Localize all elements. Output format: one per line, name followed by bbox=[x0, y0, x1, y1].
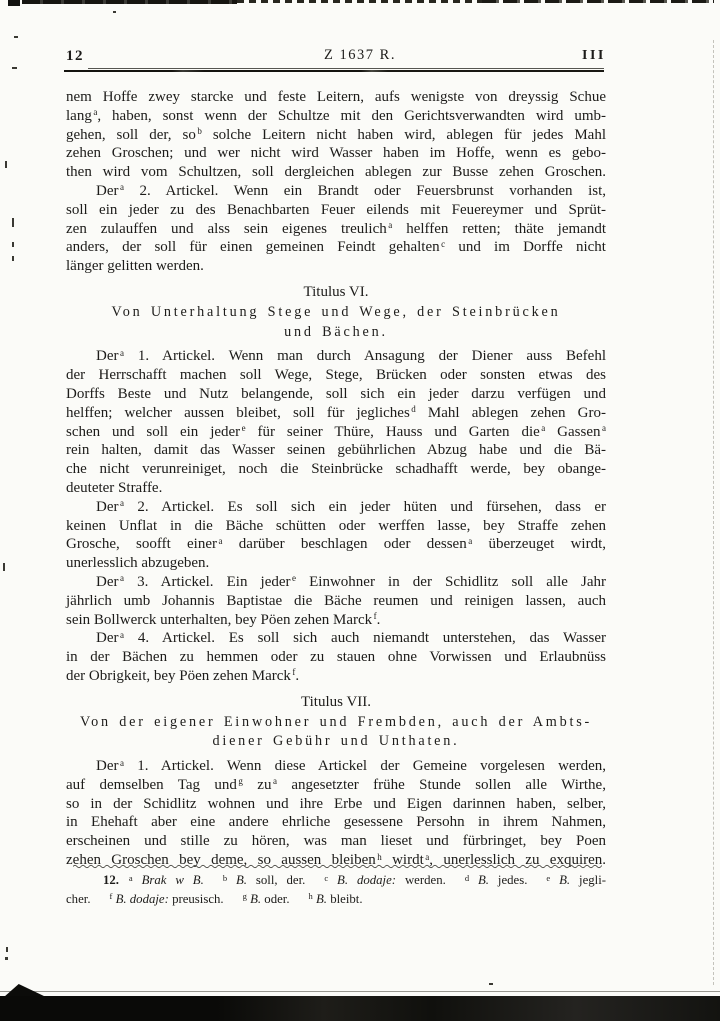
text-line: so in der Schidlitz wohnen und ihre Erbe… bbox=[66, 795, 606, 814]
footnote-marker: e bbox=[546, 873, 550, 883]
text-line: Dera 4. Artickel. Es soll sich auch niem… bbox=[66, 629, 606, 648]
text-line: che nicht verunreiniget, noch die Steinb… bbox=[66, 460, 606, 479]
footnote-marker: e bbox=[292, 573, 296, 583]
text-line: Dera 2. Artickel. Es soll sich ein jeder… bbox=[66, 498, 606, 517]
text-line: Dorffs Beste und Nutz belangende, soll s… bbox=[66, 385, 606, 404]
text-line: länger gelitten werden. bbox=[66, 257, 606, 276]
running-header: Z 1637 R. bbox=[90, 47, 630, 64]
text-run: B. dodaje: bbox=[337, 873, 396, 887]
text-run: der Obrigkeit, bey Pöen zehen Marck bbox=[66, 668, 291, 684]
text-run: B. bbox=[236, 873, 247, 887]
footnote-marker: f bbox=[292, 667, 295, 677]
page-number: III bbox=[582, 48, 606, 64]
scan-speck bbox=[489, 983, 493, 985]
text-run: und im Dorffe nicht bbox=[445, 239, 606, 255]
text-run: jegli- bbox=[570, 873, 606, 887]
text-line: schen und soll ein jedere für seiner Thü… bbox=[66, 423, 606, 442]
text-line: deuteter Straffe. bbox=[66, 479, 606, 498]
text-line: soll ein jeder zu des Benachbarten Feuer… bbox=[66, 201, 606, 220]
text-run: cher. bbox=[66, 892, 91, 906]
section-heading: Titulus VI. bbox=[66, 283, 606, 302]
text-run: Der bbox=[96, 183, 119, 199]
text-run: darüber beschlagen oder dessen bbox=[223, 536, 467, 552]
scan-speck bbox=[12, 218, 14, 227]
footnote-marker: a bbox=[120, 182, 124, 192]
text-run: B. bbox=[316, 892, 327, 906]
footnote-marker: a bbox=[93, 107, 97, 117]
footnote-marker: h bbox=[309, 891, 313, 901]
scan-artifact-top-edge bbox=[8, 0, 20, 6]
text-run: Von der eigener Einwohner und Frembden, … bbox=[80, 714, 592, 730]
text-run: schen und soll ein jeder bbox=[66, 424, 240, 440]
scan-speck bbox=[3, 563, 5, 571]
footnote-marker: a bbox=[602, 423, 606, 433]
text-run: in Ehehaft aber eine andere ehrliche ges… bbox=[66, 814, 606, 830]
text-run: zu bbox=[243, 777, 272, 793]
text-line: helffen; welcher aussen bleibet, soll fü… bbox=[66, 404, 606, 423]
footnote-marker: a bbox=[273, 776, 277, 786]
text-run: Gassen bbox=[545, 424, 600, 440]
text-line: unerlesslich abzugeben. bbox=[66, 554, 606, 573]
text-run: gehen, soll der, so bbox=[66, 127, 196, 143]
scan-artifact-right-edge bbox=[713, 40, 714, 985]
text-run: zen zulauffen und alss sein eigenes treu… bbox=[66, 221, 387, 237]
footnote-marker: g bbox=[238, 776, 243, 786]
section-subheading: Von der eigener Einwohner und Frembden, … bbox=[66, 713, 606, 732]
text-run: angesetzter frühe Stunde sollen alle Wir… bbox=[277, 777, 606, 793]
text-run: und Bächen. bbox=[284, 324, 388, 340]
text-run: then wird vom Schultzen, soll dergleiche… bbox=[66, 164, 606, 180]
text-run: Einwohner in der Schidlitz soll alle Jah… bbox=[296, 574, 606, 590]
footnote-marker: a bbox=[425, 852, 429, 862]
text-run: 3. Artickel. Ein jeder bbox=[124, 574, 291, 590]
wavy-separator bbox=[73, 864, 602, 869]
section-subheading: diener Gebühr und Unthaten. bbox=[66, 732, 606, 751]
scan-speck bbox=[14, 36, 18, 38]
scan-speck bbox=[12, 242, 14, 247]
text-run: Der bbox=[96, 499, 119, 515]
text-run: überzeuget wirdt, bbox=[472, 536, 606, 552]
footnote-lines: 12. a Brak w B.b B. soll, der.c B. dodaj… bbox=[66, 871, 606, 908]
header-rule bbox=[64, 70, 604, 72]
scan-artifact-top-edge bbox=[482, 0, 714, 3]
text-run: helffen; welcher aussen bleibet, soll fü… bbox=[66, 405, 410, 421]
text-run: Titulus VII. bbox=[301, 694, 371, 710]
text-run: soll, der. bbox=[247, 873, 305, 887]
footnote-line: 12. a Brak w B.b B. soll, der.c B. dodaj… bbox=[66, 871, 606, 890]
text-run: B. bbox=[250, 892, 261, 906]
text-line: Dera 1. Artickel. Wenn diese Artickel de… bbox=[66, 757, 606, 776]
text-run: solche Leitern nicht haben wird, ablegen… bbox=[202, 127, 606, 143]
text-run: diener Gebühr und Unthaten. bbox=[212, 733, 459, 749]
footnote-marker: f bbox=[110, 891, 113, 901]
footnote-marker: a bbox=[541, 423, 545, 433]
text-run bbox=[550, 873, 559, 887]
text-line: Dera 2. Artickel. Wenn ein Brandt oder F… bbox=[66, 182, 606, 201]
text-run: . bbox=[377, 612, 381, 628]
text-run: Grosche, soofft einer bbox=[66, 536, 217, 552]
text-run: in der Bächen zu hemmen oder zu stauen o… bbox=[66, 649, 606, 665]
footnotes: 12. a Brak w B.b B. soll, der.c B. dodaj… bbox=[66, 864, 606, 908]
header-rule bbox=[88, 68, 604, 69]
text-run: che nicht verunreiniget, noch die Steinb… bbox=[66, 461, 606, 477]
text-run: soll ein jeder zu des Benachbarten Feuer… bbox=[66, 202, 606, 218]
text-run: 2. Artickel. Wenn ein Brandt oder Feuers… bbox=[124, 183, 606, 199]
text-line: sein Bollwerck unterhalten, bey Pöen zeh… bbox=[66, 611, 606, 630]
footnote-line: cher.f B. dodaje: preusisch.g B. oder.h … bbox=[66, 890, 606, 909]
text-line: nem Hoffe zwey starcke und feste Leitern… bbox=[66, 88, 606, 107]
section-subheading: Von Unterhaltung Stege und Wege, der Ste… bbox=[66, 303, 606, 322]
text-line: in Ehehaft aber eine andere ehrliche ges… bbox=[66, 813, 606, 832]
footnote-marker: d bbox=[411, 404, 416, 414]
text-line: jährlich umb Johannis Baptistae die Bäch… bbox=[66, 592, 606, 611]
footnote-marker: a bbox=[120, 630, 124, 640]
footnote-marker: b bbox=[197, 126, 202, 136]
text-run: sein Bollwerck unterhalten, bey Pöen zeh… bbox=[66, 612, 372, 628]
footnote-marker: a bbox=[129, 873, 133, 883]
text-run: nem Hoffe zwey starcke und feste Leitern… bbox=[66, 89, 606, 105]
text-run: B. bbox=[559, 873, 570, 887]
text-run bbox=[469, 873, 478, 887]
text-run: anders, der soll für einen gemeinen Fein… bbox=[66, 239, 440, 255]
scan-artifact-bottom-edge bbox=[0, 996, 720, 1021]
text-line: anders, der soll für einen gemeinen Fein… bbox=[66, 238, 606, 257]
text-run: jährlich umb Johannis Baptistae die Bäch… bbox=[66, 593, 606, 609]
text-line: in der Bächen zu hemmen oder zu stauen o… bbox=[66, 648, 606, 667]
footnote-marker: f bbox=[374, 611, 377, 621]
text-line: rein halten, damit das Wasser seinen geb… bbox=[66, 441, 606, 460]
text-run: helffen retten; thäte jemandt bbox=[392, 221, 606, 237]
scan-artifact-top-edge bbox=[22, 0, 237, 4]
text-run: Der bbox=[96, 574, 119, 590]
text-run: für seiner Thüre, Hauss und Garten die bbox=[246, 424, 540, 440]
text-run: B. dodaje: bbox=[116, 892, 169, 906]
footnote-marker: a bbox=[120, 348, 124, 358]
page-text: nem Hoffe zwey starcke und feste Leitern… bbox=[66, 88, 606, 870]
text-run: keinen Unflat in die Bäche schütten oder… bbox=[66, 518, 606, 534]
text-run bbox=[119, 873, 128, 887]
sheet-number: 12 bbox=[66, 48, 84, 65]
text-run: Von Unterhaltung Stege und Wege, der Ste… bbox=[112, 304, 561, 320]
text-run: Dorffs Beste und Nutz belangende, soll s… bbox=[66, 386, 606, 402]
text-run: preusisch. bbox=[169, 892, 224, 906]
footnote-marker: a bbox=[468, 536, 472, 546]
text-run: länger gelitten werden. bbox=[66, 258, 204, 274]
section-subheading: und Bächen. bbox=[66, 323, 606, 342]
scan-speck bbox=[5, 161, 7, 168]
text-run: Brak w B. bbox=[142, 873, 204, 887]
text-line: der Herrschafft machen soll Wege, Stege,… bbox=[66, 366, 606, 385]
footnote-marker: c bbox=[324, 873, 328, 883]
footnote-marker: d bbox=[465, 873, 469, 883]
text-run bbox=[227, 873, 236, 887]
text-run: so in der Schidlitz wohnen und ihre Erbe… bbox=[66, 796, 606, 812]
text-run bbox=[133, 873, 142, 887]
text-run: der Herrschafft machen soll Wege, Stege,… bbox=[66, 367, 606, 383]
text-line: langa, haben, sonst wenn der Schultze mi… bbox=[66, 107, 606, 126]
footnote-marker: e bbox=[242, 423, 246, 433]
text-run: erscheinen und stille zu hören, was man … bbox=[66, 833, 606, 849]
scan-speck bbox=[12, 67, 17, 69]
text-line: erscheinen und stille zu hören, was man … bbox=[66, 832, 606, 851]
text-line: zen zulauffen und alss sein eigenes treu… bbox=[66, 220, 606, 239]
footnote-marker: h bbox=[377, 852, 382, 862]
text-run: 12. bbox=[103, 873, 119, 887]
text-run: unerlesslich abzugeben. bbox=[66, 555, 209, 571]
scan-speck bbox=[5, 957, 8, 960]
text-run: Der bbox=[96, 758, 119, 774]
text-run: . bbox=[295, 668, 299, 684]
text-run: oder. bbox=[261, 892, 289, 906]
text-line: auf demselben Tag undg zua angesetzter f… bbox=[66, 776, 606, 795]
footnote-marker: a bbox=[219, 536, 223, 546]
text-run bbox=[328, 873, 337, 887]
text-run: werden. bbox=[396, 873, 446, 887]
footnote-marker: a bbox=[120, 758, 124, 768]
text-run: 1. Artickel. Wenn man durch Ansagung der… bbox=[124, 348, 606, 364]
text-run: lang bbox=[66, 108, 92, 124]
footnote-marker: c bbox=[441, 239, 445, 249]
text-line: der Obrigkeit, bey Pöen zehen Marckf. bbox=[66, 667, 606, 686]
footnote-marker: b bbox=[223, 873, 227, 883]
text-run: 2. Artickel. Es soll sich ein jeder hüte… bbox=[124, 499, 606, 515]
text-run: auf demselben Tag und bbox=[66, 777, 237, 793]
text-run: 4. Artickel. Es soll sich auch niemandt … bbox=[124, 630, 606, 646]
text-run: Der bbox=[96, 630, 119, 646]
footnote-marker: a bbox=[120, 573, 124, 583]
text-line: Dera 3. Artickel. Ein jedere Einwohner i… bbox=[66, 573, 606, 592]
text-run: jedes. bbox=[489, 873, 527, 887]
text-line: then wird vom Schultzen, soll dergleiche… bbox=[66, 163, 606, 182]
text-run: bleibt. bbox=[327, 892, 363, 906]
text-line: gehen, soll der, sob solche Leitern nich… bbox=[66, 126, 606, 145]
text-line: Grosche, soofft einera darüber beschlage… bbox=[66, 535, 606, 554]
scan-speck bbox=[113, 11, 116, 13]
text-line: Dera 1. Artickel. Wenn man durch Ansagun… bbox=[66, 347, 606, 366]
scan-speck bbox=[12, 256, 14, 261]
text-run: zehen Groschen; und wer nicht wird Wasse… bbox=[66, 145, 606, 161]
scan-artifact-bottom-edge bbox=[0, 991, 720, 992]
scan-speck bbox=[6, 947, 8, 952]
text-run: Mahl ablegen zehen Gro- bbox=[416, 405, 606, 421]
text-run: Der bbox=[96, 348, 119, 364]
text-run: Titulus VI. bbox=[303, 284, 368, 300]
footnote-marker: a bbox=[388, 220, 392, 230]
footnote-marker: a bbox=[120, 498, 124, 508]
text-run: deuteter Straffe. bbox=[66, 480, 162, 496]
section-heading: Titulus VII. bbox=[66, 693, 606, 712]
text-run: 1. Artickel. Wenn diese Artickel der Gem… bbox=[124, 758, 606, 774]
text-line: keinen Unflat in die Bäche schütten oder… bbox=[66, 517, 606, 536]
footnote-marker: g bbox=[243, 891, 247, 901]
scan-artifact-top-edge bbox=[237, 0, 482, 3]
text-line: zehen Groschen; und wer nicht wird Wasse… bbox=[66, 144, 606, 163]
text-run: , haben, sonst wenn der Schultze mit den… bbox=[97, 108, 606, 124]
text-run: B. bbox=[478, 873, 489, 887]
text-run: rein halten, damit das Wasser seinen geb… bbox=[66, 442, 606, 458]
